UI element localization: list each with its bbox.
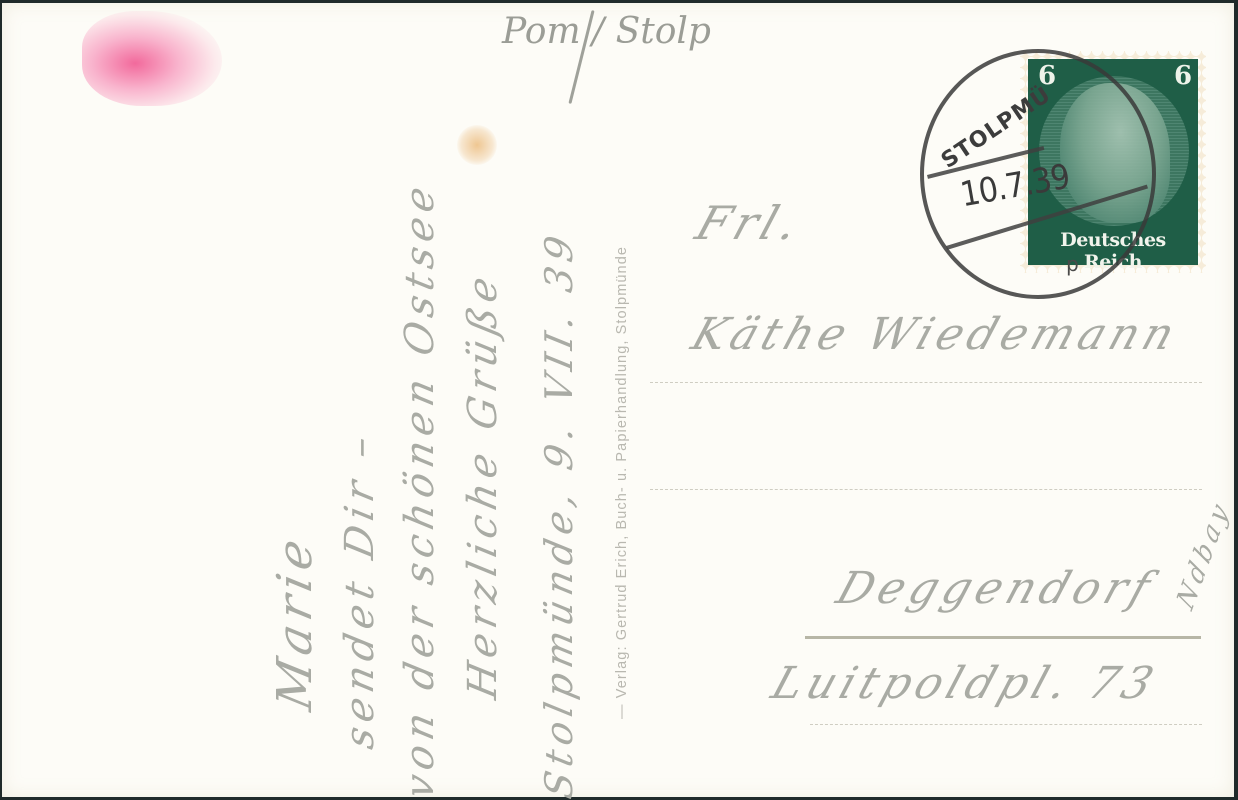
address-rule-3 bbox=[805, 636, 1201, 639]
address-rule-2 bbox=[650, 489, 1202, 490]
postmark-code: d bbox=[1066, 255, 1079, 279]
postcard-back: Pom / Stolp sendet Dir – von der schönen… bbox=[2, 3, 1234, 797]
catalog-note: Pom / Stolp bbox=[502, 11, 711, 52]
message-line-2: von der schönen Ostsee bbox=[397, 177, 443, 800]
address-name: Käthe Wiedemann bbox=[685, 309, 1185, 360]
address-salutation: Frl. bbox=[689, 196, 810, 250]
address-region: Ndbay bbox=[1172, 493, 1235, 615]
address-rule-4 bbox=[810, 724, 1202, 725]
pink-stain bbox=[82, 11, 222, 106]
address-rule-1 bbox=[650, 382, 1202, 383]
message-line-3: sendet Dir – bbox=[337, 426, 383, 753]
publisher-imprint: — Verlag: Gertrud Erich, Buch- u. Papier… bbox=[614, 246, 630, 719]
message-line-1: Herzliche Grüße bbox=[460, 267, 506, 703]
stamp-value-right: 6 bbox=[1174, 61, 1192, 91]
address-street: Luitpoldpl. 73 bbox=[765, 658, 1164, 709]
foxing-spot bbox=[457, 125, 497, 165]
message-signature: Marie bbox=[267, 529, 323, 715]
address-town: Deggendorf bbox=[830, 563, 1161, 614]
message-place-date: Stolpmünde, 9. VII. 39 bbox=[537, 226, 581, 800]
